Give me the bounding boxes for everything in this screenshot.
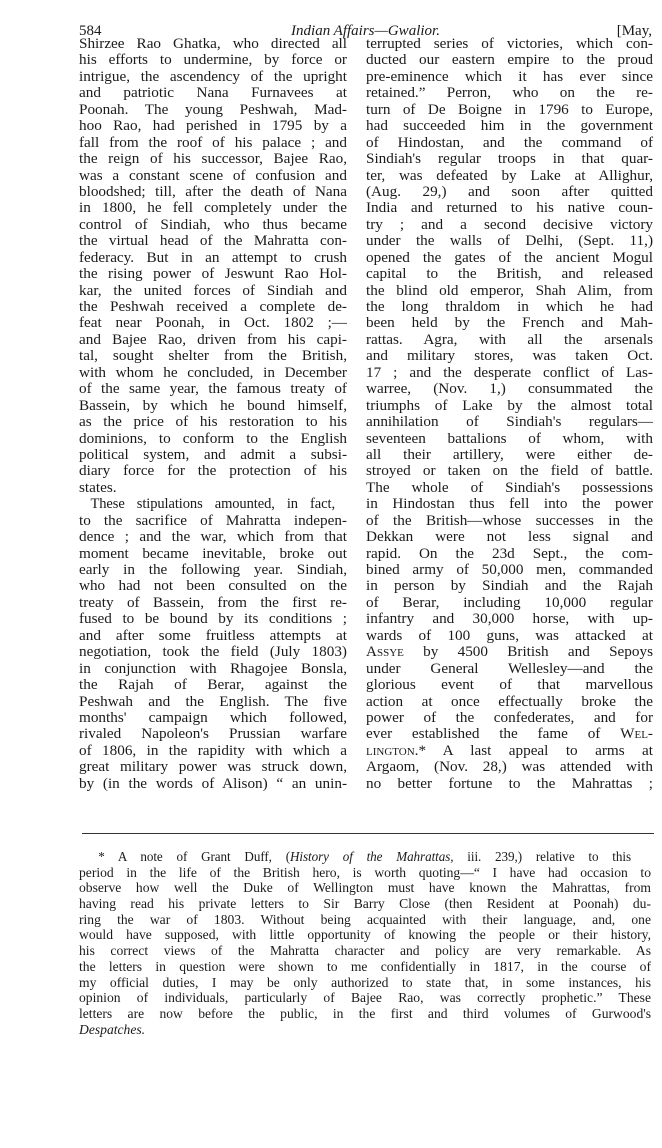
text-line: Peshwah and the English. The five xyxy=(79,694,347,710)
text-line: Poonah. The young Peshwah, Mad- xyxy=(79,102,347,118)
name-wellington: Wel- xyxy=(620,725,653,742)
text-line: fall from the roof of his palace ; and xyxy=(79,135,347,151)
text-line: glorious event of that marvellous xyxy=(366,677,653,693)
text-line: the Rajah of Berar, against the xyxy=(79,677,347,693)
text-line: Argaom, (Nov. 28,) was attended with xyxy=(366,759,653,775)
text-line: political system, and admit a subsi- xyxy=(79,447,347,463)
text-line: diary force for the protection of his xyxy=(79,463,347,479)
footnote-line: * A note of Grant Duff, (History of the … xyxy=(79,849,631,865)
text-line: kar, the united forces of Sindiah and xyxy=(79,283,347,299)
text-line: great military power was struck down, xyxy=(79,759,347,775)
footnote-book-title: History of the Mahrattas, xyxy=(290,849,453,864)
text-line: ever established the fame of Wel- xyxy=(366,726,653,742)
text-line: of the British—whose successes in the xyxy=(366,513,653,529)
text-line: in 1800, he fell completely under the xyxy=(79,200,347,216)
text-line: in conjunction with Rhagojee Bonsla, xyxy=(79,661,347,677)
text-line: in Hindostan thus fell into the power xyxy=(366,496,653,512)
text-line: months' campaign which followed, xyxy=(79,710,347,726)
book-page: 584 Indian Affairs—Gwalior. [May, Shirze… xyxy=(0,0,662,1148)
text-line: opened the gates of the ancient Mogul xyxy=(366,250,653,266)
text-line: of the same year, the famous treaty of xyxy=(79,381,347,397)
text-line: Sindiah's regular troops in that quar- xyxy=(366,151,653,167)
text-line: 17 ; and the desperate conflict of Las- xyxy=(366,365,653,381)
text-line: my official duties, I may be only author… xyxy=(79,975,651,991)
place-name-assye: Assye xyxy=(366,643,404,660)
text-line: dominions, to conform to the English xyxy=(79,431,347,447)
text-line: tal, sought shelter from the British, xyxy=(79,348,347,364)
text-line: dence ; and the war, which from that xyxy=(79,529,347,545)
text-line: triumphs of Lake by the almost total xyxy=(366,398,653,414)
text-line: was a constant scene of confusion and xyxy=(79,168,347,184)
text-line: the blind old emperor, Shah Alim, from xyxy=(366,283,653,299)
text-line: no better fortune to the Mahrattas ; xyxy=(366,776,653,792)
text-line: and patriotic Nana Furnavees at xyxy=(79,85,347,101)
text-line: stroyed or taken on the field of battle. xyxy=(366,463,653,479)
text-line: (Aug. 29,) and soon after quitted xyxy=(366,184,653,200)
text-line: as the price of his restoration to his xyxy=(79,414,347,430)
text-line: all their artillery, were either de- xyxy=(366,447,653,463)
text-line: annihilation of Sindiah's regulars— xyxy=(366,414,653,430)
right-column: terrupted series of victories, which con… xyxy=(366,36,653,792)
text-line: try ; and a second decisive victory xyxy=(366,217,653,233)
text-line: having read his private letters to Sir B… xyxy=(79,896,651,912)
text-line: capital to the British, and released xyxy=(366,266,653,282)
text-line: the long thraldom in which he had xyxy=(366,299,653,315)
text-line: terrupted series of victories, which con… xyxy=(366,36,653,52)
text-line: under the walls of Delhi, (Sept. 11,) xyxy=(366,233,653,249)
text-line: with whom he concluded, in December xyxy=(79,365,347,381)
text-line: ring the war of 1803. Without being acqu… xyxy=(79,912,651,928)
text-line: negotiation, took the field (July 1803) xyxy=(79,644,347,660)
footnote-reference: * A last appeal to arms at xyxy=(418,742,653,759)
text-line: early in the following year. Sindiah, xyxy=(79,562,347,578)
text-line: bined army of 50,000 men, commanded xyxy=(366,562,653,578)
text-line: the reign of his successor, Bajee Rao, xyxy=(79,151,347,167)
text-line: bloodshed; till, after the death of Nana xyxy=(79,184,347,200)
text-line: in person by Sindiah and the Rajah xyxy=(366,578,653,594)
text-line: the rising power of Jeswunt Rao Hol- xyxy=(79,266,347,282)
footnote-source-title: Despatches. xyxy=(79,1022,145,1037)
text-line: his efforts to undermine, by force or xyxy=(79,52,347,68)
text-line: These stipulations amounted, in fact, xyxy=(79,496,335,512)
text-line: the letters in question were shown to me… xyxy=(79,959,651,975)
text-line: and after some fruitless attempts at xyxy=(79,628,347,644)
text-line: pre-eminence which it has ever since xyxy=(366,69,653,85)
text-line: warree, (Nov. 1,) consummated the xyxy=(366,381,653,397)
text-line: would have supposed, with little opportu… xyxy=(79,927,651,943)
text-line: and Bajee Rao, driven from his capi- xyxy=(79,332,347,348)
text-line: federacy. But in an attempt to crush xyxy=(79,250,347,266)
text-line: India and returned to his native coun- xyxy=(366,200,653,216)
text-line: hoo Rao, had perished in 1795 by a xyxy=(79,118,347,134)
text-line: by (in the words of Alison) “ an unin- xyxy=(79,776,347,792)
text-line: intrigue, the ascendency of the upright xyxy=(79,69,347,85)
left-column: Shirzee Rao Ghatka, who directed allhis … xyxy=(79,36,347,792)
text-line: to the sacrifice of Mahratta indepen- xyxy=(79,513,347,529)
text-line: rapid. On the 23d Sept., the com- xyxy=(366,546,653,562)
text-line: power of the confederates, and for xyxy=(366,710,653,726)
text-line: Shirzee Rao Ghatka, who directed all xyxy=(79,36,347,52)
footnote-rule xyxy=(82,833,654,834)
text-line: and military stores, was taken Oct. xyxy=(366,348,653,364)
text-line: the virtual head of the Mahratta con- xyxy=(79,233,347,249)
name-wellington-cont: lington. xyxy=(366,742,418,759)
text-line: The whole of Sindiah's possessions xyxy=(366,480,653,496)
text-line: of Hindostan, and the command of xyxy=(366,135,653,151)
text-line: Despatches. xyxy=(79,1022,651,1038)
text-line: ducted our eastern empire to the proud xyxy=(366,52,653,68)
text-line: moment became inevitable, broke out xyxy=(79,546,347,562)
text-line: seventeen battalions of whom, with xyxy=(366,431,653,447)
text-line: had succeeded him in the government xyxy=(366,118,653,134)
text-line: Assye by 4500 British and Sepoys xyxy=(366,644,653,660)
text-line: fused to be bound by its conditions ; xyxy=(79,611,347,627)
text-line: control of Sindiah, who thus became xyxy=(79,217,347,233)
text-line: lington.* A last appeal to arms at xyxy=(366,743,653,759)
text-line: feat near Poonah, in Oct. 1802 ;— xyxy=(79,315,347,331)
text-line: been held by the French and Mah- xyxy=(366,315,653,331)
text-line: Bassein, by which he bound himself, xyxy=(79,398,347,414)
text-line: of 1806, in the rapidity with which a xyxy=(79,743,347,759)
text-line: letters are now before the public, in th… xyxy=(79,1006,651,1022)
text-line: period in the life of the British hero, … xyxy=(79,865,651,881)
text-line: rattas. Agra, with all the arsenals xyxy=(366,332,653,348)
text-line: ter, was defeated by Lake at Allighur, xyxy=(366,168,653,184)
text-line: turn of De Boigne in 1796 to Europe, xyxy=(366,102,653,118)
text-line: Dekkan were not less signal and xyxy=(366,529,653,545)
text-line: opinion of individuals, particularly of … xyxy=(79,990,651,1006)
text-line: retained.” Perron, who on the re- xyxy=(366,85,653,101)
text-line: wards of 100 guns, was attacked at xyxy=(366,628,653,644)
text-line: states. xyxy=(79,480,347,496)
text-line: rivaled Napoleon's Prussian warfare xyxy=(79,726,347,742)
text-line: who had not been consulted on the xyxy=(79,578,347,594)
text-line: his correct views of the Mahratta charac… xyxy=(79,943,651,959)
text-line: treaty of Bassein, from the first re- xyxy=(79,595,347,611)
text-line: observe how well the Duke of Wellington … xyxy=(79,880,651,896)
text-line: of Berar, including 10,000 regular xyxy=(366,595,653,611)
text-line: the Peshwah received a complete de- xyxy=(79,299,347,315)
footnote: * A note of Grant Duff, (History of the … xyxy=(79,849,651,1037)
text-line: infantry and 30,000 horse, with up- xyxy=(366,611,653,627)
text-line: under General Wellesley—and the xyxy=(366,661,653,677)
text-line: action at once effectually broke the xyxy=(366,694,653,710)
